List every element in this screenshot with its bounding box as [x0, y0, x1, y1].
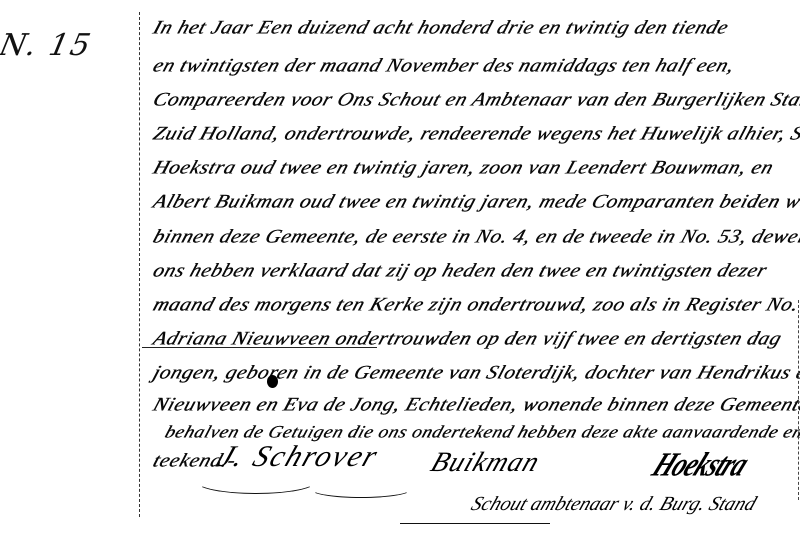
record-number: N. 15 — [0, 28, 95, 63]
margin-bracket — [795, 300, 799, 500]
signature-flourish — [195, 468, 317, 494]
text-line-6: Albert Buikman oud twee en twintig jaren… — [150, 190, 800, 213]
signature-underline — [400, 523, 550, 524]
text-line-11: jongen, geboren in de Gemeente van Slote… — [150, 361, 800, 384]
signature-flourish — [310, 480, 412, 498]
text-line-2: en twintigsten der maand November des na… — [150, 54, 738, 77]
document-page: N. 15 In het Jaar Een duizend acht honde… — [0, 0, 800, 533]
signature-hoekstra: Hoekstra — [646, 446, 754, 485]
text-line-4: Zuid Holland, ondertrouwde, rendeerende … — [150, 122, 800, 145]
margin-rule — [139, 12, 140, 517]
text-line-3: Compareerden voor Ons Schout en Ambtenaa… — [150, 88, 800, 111]
signature-official: Schout ambtenaar v. d. Burg. Stand — [468, 493, 760, 516]
signature-buikman: Buikman — [426, 447, 544, 479]
text-line-8: ons hebben verklaard dat zij op heden de… — [150, 259, 770, 282]
text-line-7: binnen deze Gemeente, de eerste in No. 4… — [150, 225, 800, 248]
ink-blot — [267, 375, 278, 388]
text-line-12: Nieuwveen en Eva de Jong, Echtelieden, w… — [150, 393, 800, 416]
text-line-5: Hoekstra oud twee en twintig jaren, zoon… — [150, 156, 777, 179]
name-underline — [142, 347, 377, 348]
text-line-9: maand des morgens ten Kerke zijn ondertr… — [150, 293, 800, 316]
text-line-1: In het Jaar Een duizend acht honderd dri… — [150, 16, 732, 39]
